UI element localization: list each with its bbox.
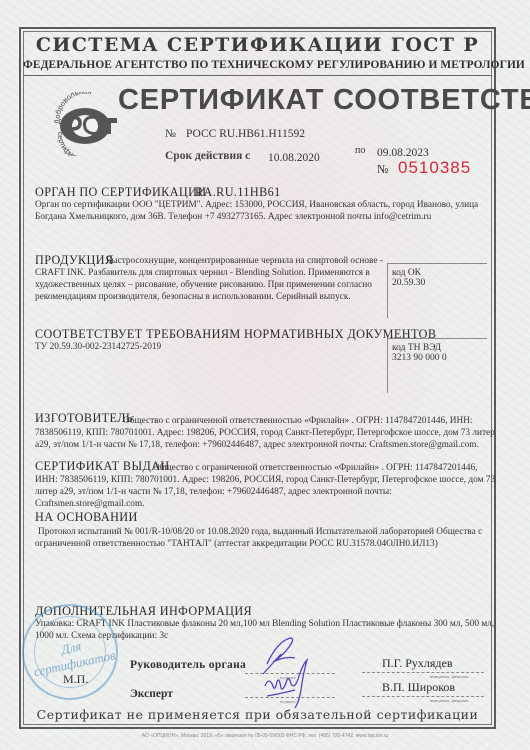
manufacturer-heading: ИЗГОТОВИТЕЛЬ [35,411,133,426]
certification-body-code: RA.RU.11HB61 [195,185,281,200]
valid-from-date: 10.08.2020 [268,152,320,164]
issued-to-heading: СЕРТИФИКАТ ВЫДАН [35,459,170,474]
expert-label: Эксперт [130,688,173,700]
printer-microprint: АО «ОПЦИОН», Москва, 2019, «Б» лицензия … [0,733,530,739]
basis-heading: НА ОСНОВАНИИ [35,510,138,525]
product-heading: ПРОДУКЦИЯ [35,253,113,268]
tnved-code-box: код ТН ВЭД 3213 90 000 0 [387,338,487,393]
handwritten-signatures-icon [255,634,335,714]
expert-name-caption: инициалы, фамилия [430,698,469,703]
product-line1: Быстросохнущие, концентрированные чернил… [106,255,383,267]
compliance-heading: СООТВЕТСТВУЕТ ТРЕБОВАНИЯМ НОРМАТИВНЫХ ДО… [35,327,436,342]
certificate-title: СЕРТИФИКАТ СООТВЕТСТВИЯ [118,84,530,117]
certificate-number: РОСС RU.HB61.H11592 [186,128,305,140]
normative-document: ТУ 20.59.30-002-23142725-2019 [35,341,161,353]
issued-to-line2: ИНН: 7838506119, КПП: 780701001. Адрес: … [35,474,495,486]
certification-body-line2: Богдана Хмельницкого, дом 36В. Телефон +… [35,211,431,223]
product-line3: художественных целях – рисование, обучен… [35,279,372,291]
system-title: СИСТЕМА СЕРТИФИКАЦИИ ГОСТ Р [23,34,492,56]
manufacturer-line1: Общество с ограниченной ответственностью… [123,415,473,427]
agency-name: ФЕДЕРАЛЬНОЕ АГЕНТСТВО ПО ТЕХНИЧЕСКОМУ РЕ… [23,59,492,71]
blank-number-label: № [377,162,388,177]
rst-certification-logo-icon: Добровольная сертификация [50,92,120,156]
validity-label: Срок действия с [165,150,250,162]
ok-code-value: 20.59.30 [392,278,487,288]
basis-line2: ограниченной ответственностью "ТАНТАЛ" (… [35,538,438,550]
voluntary-certification-notice: Сертификат не применяется при обязательн… [23,707,492,722]
certification-body-line1: Орган по сертификации ООО "ЦЕТРИМ". Адре… [35,199,478,211]
issued-to-line4: Craftsmen.store@gmail.com. [35,498,145,510]
issued-to-line3: литер а29, эт/пом 1/1-н части № 17,18, т… [35,486,392,498]
manufacturer-line2: 7838506119, КПП: 780701001. Адрес: 19820… [35,427,495,439]
valid-to-label: по [355,145,365,156]
expert-name: В.П. Широков [382,680,455,695]
header-divider [23,75,492,76]
manufacturer-line3: а29, эт/пом 1/1-н части № 17,18, телефон… [35,439,479,451]
basis-line1: Протокол испытаний № 001/R-10/08/20 от 1… [38,526,482,538]
tnved-code-label: код ТН ВЭД [392,343,487,353]
blank-number: 0510385 [398,158,471,178]
expert-name-line [362,696,484,697]
ok-code-label: код ОК [392,268,487,278]
certification-body-heading: ОРГАН ПО СЕРТИФИКАЦИИ [35,185,207,200]
head-name: П.Г. Рухлядев [382,656,453,671]
head-name-line [362,672,484,673]
seal-label: М.П. [63,672,88,687]
ok-code-box: код ОК 20.59.30 [387,263,487,318]
product-line4: рекомендациям производителя, безопасны в… [35,291,351,303]
head-of-body-label: Руководитель органа [130,659,246,671]
tnved-code-value: 3213 90 000 0 [392,353,487,363]
head-name-caption: инициалы, фамилия [430,674,469,679]
certificate-number-label: № [165,128,176,140]
product-line2: CRAFT INK. Разбавитель для спиртовых чер… [35,267,370,279]
issued-to-line1: Общество с ограниченной ответственностью… [153,462,477,474]
